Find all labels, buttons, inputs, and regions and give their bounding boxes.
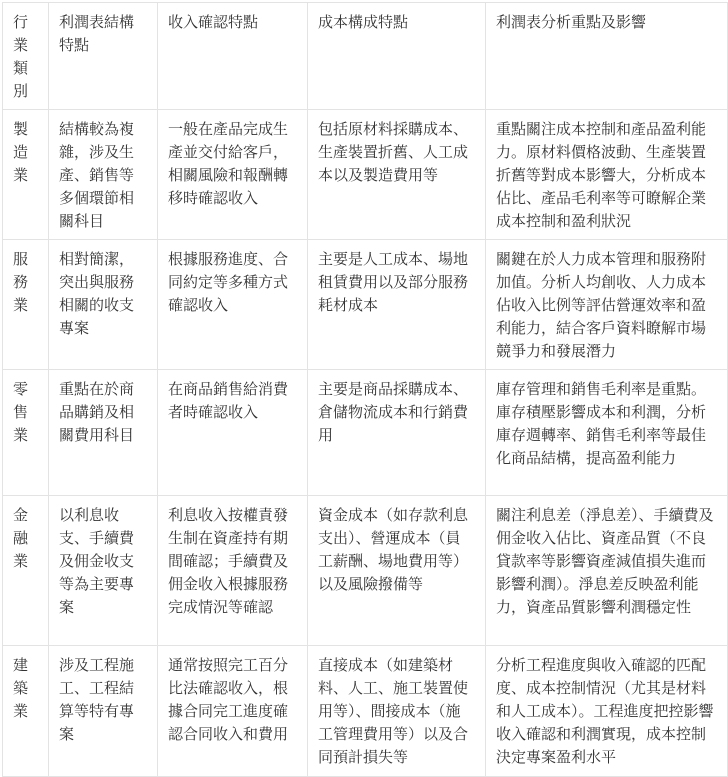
cell-analysis: 分析工程進度與收入確認的匹配度、成本控制情況（尤其是材料和人工成本）。工程進度把… (486, 646, 728, 770)
table-header-row: 行業類別 利潤表結構特點 收入確認特點 成本構成特點 利潤表分析重點及影響 (3, 3, 728, 110)
cell-cost: 主要是商品採購成本、倉儲物流成本和行銷費用 (308, 370, 486, 496)
cell-cost: 資金成本（如存款利息支出）、營運成本（員工薪酬、場地費用等）以及風險撥備等 (308, 496, 486, 646)
cell-revenue: 在商品銷售給消費者時確認收入 (158, 370, 308, 496)
cell-structure: 以利息收支、手續費及佣金收支等為主要專案 (49, 496, 158, 646)
cell-cost: 直接成本（如建築材料、人工、施工裝置使用等）、間接成本（施工管理費用等）以及合同… (308, 646, 486, 770)
header-revenue: 收入確認特點 (158, 3, 308, 110)
cell-industry: 服務業 (3, 240, 49, 370)
table-row: 製造業 結構較為複雜，涉及生產、銷售等多個環節相關科目 一般在產品完成生產並交付… (3, 110, 728, 240)
cell-revenue: 利息收入按權責發生制在資產持有期間確認；手續費及佣金收入根據服務完成情況等確認 (158, 496, 308, 646)
cell-industry: 建築業 (3, 646, 49, 770)
header-analysis: 利潤表分析重點及影響 (486, 3, 728, 110)
header-industry: 行業類別 (3, 3, 49, 110)
cell-cost: 主要是人工成本、場地租賃費用以及部分服務耗材成本 (308, 240, 486, 370)
cell-industry: 製造業 (3, 110, 49, 240)
cell-analysis: 關注利息差（淨息差）、手續費及佣金收入佔比、資產品質（不良貸款率等影響資產減值損… (486, 496, 728, 646)
header-structure: 利潤表結構特點 (49, 3, 158, 110)
header-cost: 成本構成特點 (308, 3, 486, 110)
cell-industry: 金融業 (3, 496, 49, 646)
cell-structure: 相對簡潔，突出與服務相關的收支專案 (49, 240, 158, 370)
document-page: 行業類別 利潤表結構特點 收入確認特點 成本構成特點 利潤表分析重點及影響 製造… (2, 2, 728, 769)
table-row: 金融業 以利息收支、手續費及佣金收支等為主要專案 利息收入按權責發生制在資產持有… (3, 496, 728, 646)
table-row: 建築業 涉及工程施工、工程結算等特有專案 通常按照完工百分比法確認收入，根據合同… (3, 646, 728, 770)
cell-revenue: 一般在產品完成生產並交付給客戶，相關風險和報酬轉移時確認收入 (158, 110, 308, 240)
table-row: 服務業 相對簡潔，突出與服務相關的收支專案 根據服務進度、合同約定等多種方式確認… (3, 240, 728, 370)
cell-structure: 涉及工程施工、工程結算等特有專案 (49, 646, 158, 770)
cell-analysis: 重點關注成本控制和產品盈利能力。原材料價格波動、生產裝置折舊等對成本影響大，分析… (486, 110, 728, 240)
cell-industry: 零售業 (3, 370, 49, 496)
cell-cost: 包括原材料採購成本、生產裝置折舊、人工成本以及製造費用等 (308, 110, 486, 240)
cell-revenue: 根據服務進度、合同約定等多種方式確認收入 (158, 240, 308, 370)
industry-income-statement-table: 行業類別 利潤表結構特點 收入確認特點 成本構成特點 利潤表分析重點及影響 製造… (2, 2, 728, 769)
cell-analysis: 關鍵在於人力成本管理和服務附加值。分析人均創收、人力成本佔收入比例等評估營運效率… (486, 240, 728, 370)
table-row: 零售業 重點在於商品購銷及相關費用科目 在商品銷售給消費者時確認收入 主要是商品… (3, 370, 728, 496)
cell-analysis: 庫存管理和銷售毛利率是重點。庫存積壓影響成本和利潤，分析庫存週轉率、銷售毛利率等… (486, 370, 728, 496)
cell-structure: 重點在於商品購銷及相關費用科目 (49, 370, 158, 496)
cell-structure: 結構較為複雜，涉及生產、銷售等多個環節相關科目 (49, 110, 158, 240)
cell-revenue: 通常按照完工百分比法確認收入，根據合同完工進度確認合同收入和費用 (158, 646, 308, 770)
